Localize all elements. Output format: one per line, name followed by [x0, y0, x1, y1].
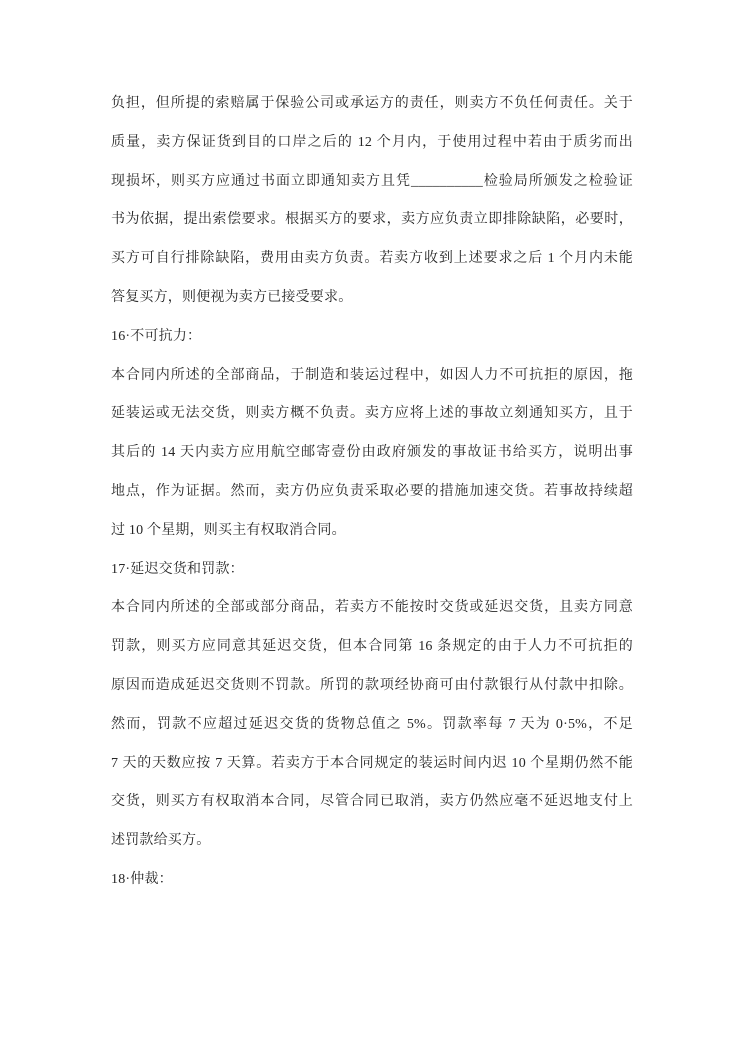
doc-line: 书为依据，提出索偿要求。根据买方的要求，卖方应负责立即排除缺陷，必要时， [111, 201, 633, 240]
doc-line: 罚款，则买方应同意其延迟交货，但本合同第 16 条规定的由于人力不可抗拒的 [111, 628, 633, 667]
doc-line-paragraph-end: 述罚款给买方。 [111, 822, 633, 861]
clause-heading-17-late-delivery-penalty: 17·延迟交货和罚款： [111, 551, 633, 590]
doc-line: 其后的 14 天内卖方应用航空邮寄壹份由政府颁发的事故证书给买方，说明出事 [111, 434, 633, 473]
doc-line: 本合同内所述的全部或部分商品，若卖方不能按时交货或延迟交货，且卖方同意 [111, 589, 633, 628]
doc-line: 买方可自行排除缺陷，费用由卖方负责。若卖方收到上述要求之后 1 个月内未能 [111, 240, 633, 279]
doc-line: 延装运或无法交货，则卖方概不负责。卖方应将上述的事故立刻通知买方，且于 [111, 395, 633, 434]
doc-line: 然而，罚款不应超过延迟交货的货物总值之 5%。罚款率每 7 天为 0·5%，不足 [111, 706, 633, 745]
clause-heading-18-arbitration: 18·仲裁： [111, 861, 633, 900]
doc-line: 交货，则买方有权取消本合同，尽管合同已取消，卖方仍然应毫不延迟地支付上 [111, 783, 633, 822]
doc-line-with-blank: 现损坏，则买方应通过书面立即通知卖方且凭__________检验局所颁发之检验证 [111, 163, 633, 202]
doc-line-paragraph-end: 过 10 个星期，则买主有权取消合同。 [111, 512, 633, 551]
doc-line: 本合同内所述的全部商品，于制造和装运过程中，如因人力不可抗拒的原因，拖 [111, 357, 633, 396]
doc-line: 7 天的天数应按 7 天算。若卖方于本合同规定的装运时间内迟 10 个星期仍然不… [111, 745, 633, 784]
doc-line: 质量，卖方保证货到目的口岸之后的 12 个月内，于使用过程中若由于质劣而出 [111, 124, 633, 163]
document-page: 负担，但所提的索赔属于保验公司或承运方的责任，则卖方不负任何责任。关于 质量，卖… [0, 0, 744, 1052]
doc-line-paragraph-end: 答复买方，则便视为卖方已接受要求。 [111, 279, 633, 318]
doc-line: 地点，作为证据。然而，卖方仍应负责采取必要的措施加速交货。若事故持续超 [111, 473, 633, 512]
doc-line: 原因而造成延迟交货则不罚款。所罚的款项经协商可由付款银行从付款中扣除。 [111, 667, 633, 706]
doc-line: 负担，但所提的索赔属于保验公司或承运方的责任，则卖方不负任何责任。关于 [111, 85, 633, 124]
contract-text-block: 负担，但所提的索赔属于保验公司或承运方的责任，则卖方不负任何责任。关于 质量，卖… [111, 85, 633, 900]
clause-heading-16-force-majeure: 16·不可抗力： [111, 318, 633, 357]
